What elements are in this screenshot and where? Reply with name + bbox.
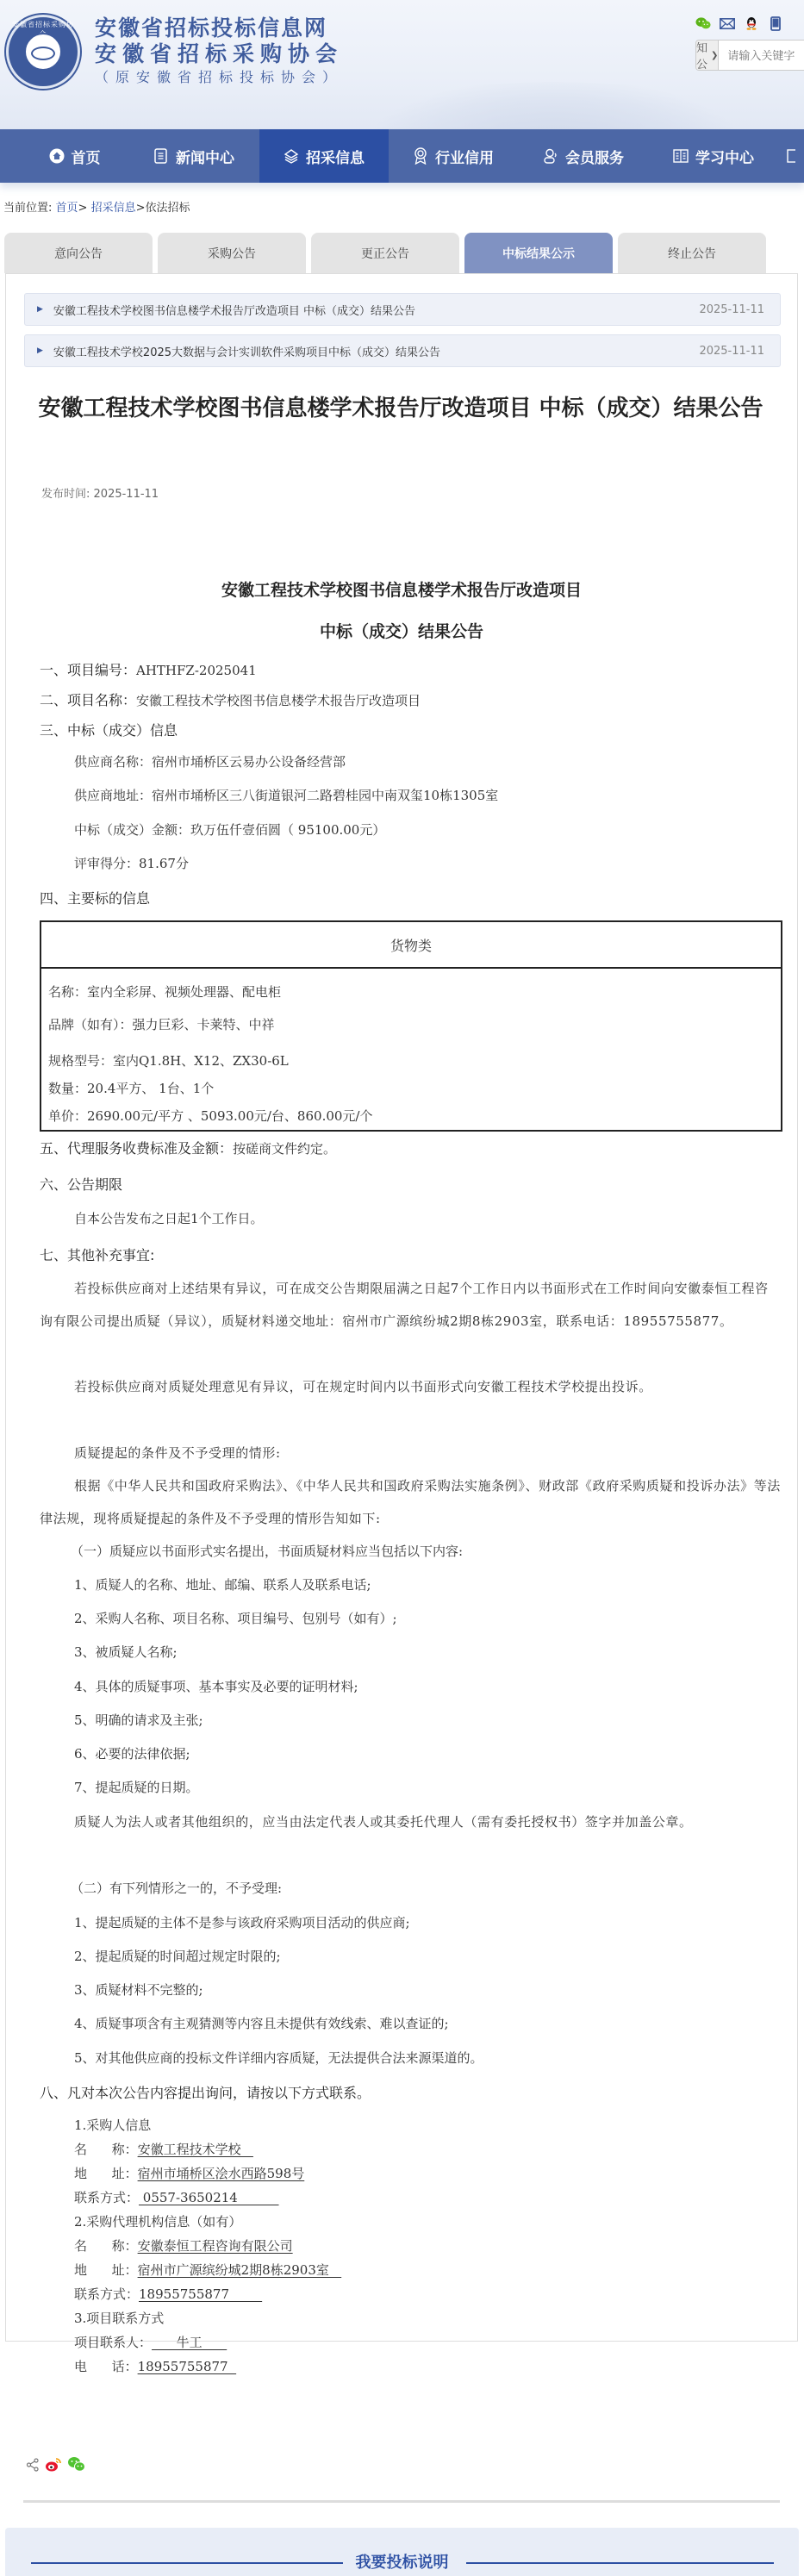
related-notice-item[interactable]: ▶ 安徽工程技术学校图书信息楼学术报告厅改造项目 中标（成交）结果公告 2025… xyxy=(24,293,781,326)
publish-time: 发布时间: 2025-11-11 xyxy=(41,484,159,501)
requirement-item: 3、被质疑人名称; xyxy=(74,1643,178,1661)
section-contact: 八、凡对本次公告内容提出询问，请按以下方式联系。 xyxy=(40,2082,371,2102)
field-label: 联系方式： xyxy=(74,2190,139,2205)
rejection-item: 2、提起质疑的时间超过规定时限的; xyxy=(74,1947,281,1965)
caret-right-icon: ▶ xyxy=(37,305,43,314)
field-label: 项目联系人： xyxy=(74,2335,152,2350)
nav-item-home[interactable]: 首页 xyxy=(21,129,128,183)
agency-name: 安徽泰恒工程咨询有限公司 xyxy=(138,2238,293,2254)
section-notice-period: 六、公告期限 xyxy=(40,1174,122,1194)
weibo-icon[interactable] xyxy=(45,2457,62,2476)
nav-item-label: 会员服务 xyxy=(565,146,624,167)
section-main-items: 四、主要标的信息 xyxy=(40,888,150,908)
tab-award-result[interactable]: 中标结果公示 xyxy=(464,233,613,273)
agency-fee: 按磋商文件约定。 xyxy=(233,1141,336,1157)
field-label: 电 话： xyxy=(74,2359,138,2374)
bidding-explanation-section: 我要投标说明 xyxy=(5,2528,799,2576)
tab-termination-notice[interactable]: 终止公告 xyxy=(618,233,766,273)
requirement-item: 5、明确的请求及主张; xyxy=(74,1711,203,1729)
related-notice-title: 安徽工程技术学校2025大数据与会计实训软件采购项目中标（成交）结果公告 xyxy=(53,343,700,359)
contact-icons xyxy=(695,16,783,31)
rejection-item: 1、提起质疑的主体不是参与该政府采购项目活动的供应商; xyxy=(74,1913,410,1931)
goods-table-header: 货物类 xyxy=(41,922,781,969)
section-label: 一、项目编号： xyxy=(40,662,136,678)
agency-address-row: 地 址：宿州市广源缤纷城2期8栋2903室 xyxy=(74,2261,341,2279)
field-label: 地 址： xyxy=(74,2166,138,2181)
document-icon xyxy=(153,148,169,164)
project-person-row: 项目联系人： 牛工 xyxy=(74,2333,227,2351)
nav-item-member[interactable]: 会员服务 xyxy=(518,129,649,183)
association-logo[interactable]: 安徽省招标采购协会 xyxy=(6,15,80,89)
goods-name: 名称：室内全彩屏、视频处理器、配电柜 xyxy=(48,982,281,1001)
breadcrumb: 当前位置: 首页> 招采信息>依法招标 xyxy=(3,198,190,215)
agency-phone-row: 联系方式：18955755877 xyxy=(74,2285,262,2303)
field-label: 名 称： xyxy=(74,2142,138,2157)
bidding-explanation-title: 我要投标说明 xyxy=(5,2550,799,2573)
mountain-background xyxy=(373,82,735,129)
related-notice-item[interactable]: ▶ 安徽工程技术学校2025大数据与会计实训软件采购项目中标（成交）结果公告 2… xyxy=(24,334,781,367)
logo-emblem xyxy=(24,33,62,71)
medal-icon xyxy=(413,148,428,164)
body-heading-1: 安徽工程技术学校图书信息楼学术报告厅改造项目 xyxy=(40,577,763,601)
requirement-item: 1、质疑人的名称、地址、邮编、联系人及联系电话; xyxy=(74,1575,371,1594)
related-notice-date: 2025-11-11 xyxy=(699,345,764,358)
site-title: 安徽省招标投标信息网 安徽省招标采购协会 （原安徽省招标投标协会） xyxy=(95,16,343,88)
book-icon xyxy=(673,148,689,164)
project-phone: 18955755877 xyxy=(138,2359,237,2374)
purchaser-address-row: 地 址：宿州市埇桥区浍水西路598号 xyxy=(74,2164,304,2182)
field-label: 名 称： xyxy=(74,2238,138,2254)
project-contact-person: 牛工 xyxy=(152,2335,227,2350)
related-notice-title: 安徽工程技术学校图书信息楼学术报告厅改造项目 中标（成交）结果公告 xyxy=(53,302,700,318)
search-input[interactable] xyxy=(719,41,804,70)
article-title: 安徽工程技术学校图书信息楼学术报告厅改造项目 中标（成交）结果公告 xyxy=(26,391,776,426)
requirement-item: 6、必要的法律依据; xyxy=(74,1744,190,1762)
rejection-item: 3、质疑材料不完整的; xyxy=(74,1980,203,1999)
breadcrumb-current: 依法招标 xyxy=(146,202,190,215)
supplier-name: 供应商名称：宿州市埇桥区云易办公设备经营部 xyxy=(74,752,346,770)
goods-quantity: 数量：20.4平方、 1台、1个 xyxy=(48,1079,214,1097)
goods-unit-price: 单价：2690.00元/平方 、5093.00元/台、860.00元/个 xyxy=(48,1107,372,1125)
goods-table: 货物类 名称：室内全彩屏、视频处理器、配电柜 品牌（如有）：强力巨彩、卡莱特、中… xyxy=(40,920,782,1132)
notice-period: 自本公告发布之日起1个工作日。 xyxy=(74,1209,264,1227)
requirement-item: 4、具体的质疑事项、基本事实及必要的证明材料; xyxy=(74,1677,358,1695)
purchaser-phone-row: 联系方式： 0557-3650214 xyxy=(74,2188,279,2206)
nav-item-learning[interactable]: 学习中心 xyxy=(649,129,778,183)
project-contact-title: 3.项目联系方式 xyxy=(74,2309,164,2327)
body-heading-2: 中标（成交）结果公告 xyxy=(40,619,763,642)
site-header: 安徽省招标采购协会 安徽省招标投标信息网 安徽省招标采购协会 （原安徽省招标投标… xyxy=(0,0,804,129)
agency-info-title: 2.采购代理机构信息（如有） xyxy=(74,2212,241,2230)
publish-time-value: 2025-11-11 xyxy=(94,488,159,501)
supplier-address: 供应商地址：宿州市埇桥区三八街道银河二路碧桂园中南双玺10栋1305室 xyxy=(74,786,498,804)
book-icon xyxy=(783,148,799,164)
mobile-icon[interactable] xyxy=(768,16,783,31)
purchaser-phone: 0557-3650214 xyxy=(139,2190,279,2205)
nav-item-label: 行业信用 xyxy=(435,146,494,167)
objection-conditions-title: 质疑提起的条件及不予受理的情形: xyxy=(40,1437,781,1469)
complaint-paragraph: 若投标供应商对质疑处理意见有异议，可在规定时间内以书面形式向安徽工程技术学校提出… xyxy=(40,1370,781,1403)
tab-procurement-notice[interactable]: 采购公告 xyxy=(158,233,306,273)
chevron-down-icon: ❯ xyxy=(711,51,718,60)
notice-tabs: 意向公告 采购公告 更正公告 中标结果公示 终止公告 xyxy=(4,233,766,273)
legal-basis-paragraph: 根据《中华人民共和国政府采购法》、《中华人民共和国政府采购法实施条例》、财政部《… xyxy=(40,1469,781,1535)
layers-icon xyxy=(284,148,299,164)
tab-correction-notice[interactable]: 更正公告 xyxy=(311,233,459,273)
objection-paragraph: 若投标供应商对上述结果有异议，可在成交公告期限届满之日起7个工作日内以书面形式在… xyxy=(40,1272,781,1338)
rejection-item: 4、质疑事项含有主观猜测等内容且未提供有效线索、难以查证的; xyxy=(74,2014,449,2032)
nav-item-news[interactable]: 新闻中心 xyxy=(128,129,259,183)
content-divider xyxy=(23,2500,780,2503)
objection-requirements-title: （一）质疑应以书面形式实名提出，书面质疑材料应当包括以下内容: xyxy=(71,1542,463,1560)
search-category-value: 通知公告 xyxy=(696,40,707,71)
goods-spec: 规格型号：室内Q1.8H、X12、ZX30-6L xyxy=(48,1051,289,1070)
goods-brand: 品牌（如有）：强力巨彩、卡莱特、中祥 xyxy=(48,1015,275,1033)
agency-name-row: 名 称：安徽泰恒工程咨询有限公司 xyxy=(74,2236,293,2255)
wechat-icon[interactable] xyxy=(67,2456,86,2477)
project-name: 安徽工程技术学校图书信息楼学术报告厅改造项目 xyxy=(136,693,421,708)
field-label: 联系方式： xyxy=(74,2286,139,2302)
site-title-line2: 安徽省招标采购协会 xyxy=(95,41,343,67)
site-title-line1: 安徽省招标投标信息网 xyxy=(95,16,343,41)
section-project-number: 一、项目编号：AHTHFZ-2025041 xyxy=(40,659,257,679)
nav-item-overflow[interactable] xyxy=(778,129,804,183)
section-project-name: 二、项目名称：安徽工程技术学校图书信息楼学术报告厅改造项目 xyxy=(40,689,421,709)
signature-paragraph: 质疑人为法人或者其他组织的，应当由法定代表人或其委托代理人（需有委托授权书）签字… xyxy=(40,1806,781,1838)
caret-right-icon: ▶ xyxy=(37,346,43,355)
breadcrumb-prefix: 当前位置: xyxy=(3,202,52,215)
project-phone-row: 电 话：18955755877 xyxy=(74,2357,236,2375)
nav-item-label: 新闻中心 xyxy=(176,146,234,167)
wechat-icon[interactable] xyxy=(695,16,711,31)
section-label: 五、代理服务收费标准及金额： xyxy=(40,1140,233,1157)
nav-item-credit[interactable]: 行业信用 xyxy=(389,129,518,183)
section-agency-fee: 五、代理服务收费标准及金额：按磋商文件约定。 xyxy=(40,1138,336,1157)
logo-eye-shape xyxy=(31,47,55,60)
search-box: 通知公告 ❯ xyxy=(695,40,804,71)
decorative-line xyxy=(466,2562,774,2564)
purchaser-info-title: 1.采购人信息 xyxy=(74,2116,151,2134)
requirement-item: 2、采购人名称、项目名称、项目编号、包别号（如有）; xyxy=(74,1609,397,1627)
breadcrumb-home[interactable]: 首页 xyxy=(56,202,78,215)
main-nav: 首页 新闻中心 招采信息 行业信用 会员服务 学习中心 xyxy=(0,129,804,183)
agency-phone: 18955755877 xyxy=(139,2286,262,2302)
breadcrumb-separator: > xyxy=(136,202,146,215)
related-notice-date: 2025-11-11 xyxy=(699,303,764,316)
breadcrumb-separator: > xyxy=(78,202,91,215)
publish-time-label: 发布时间: xyxy=(41,488,90,501)
user-icon xyxy=(543,148,558,164)
purchaser-name: 安徽工程技术学校 xyxy=(138,2142,253,2157)
home-icon xyxy=(49,148,65,164)
award-amount: 中标（成交）金额：玖万伍仟壹佰圆（ 95100.00元） xyxy=(74,820,385,839)
nav-item-label: 招采信息 xyxy=(306,146,365,167)
site-title-line3: （原安徽省招标投标协会） xyxy=(95,67,343,88)
section-other-matters: 七、其他补充事宜: xyxy=(40,1244,154,1264)
share-icon[interactable] xyxy=(26,2458,40,2475)
requirement-item: 7、提起质疑的日期。 xyxy=(74,1778,199,1796)
review-score: 评审得分：81.67分 xyxy=(74,854,189,872)
nav-item-label: 首页 xyxy=(72,146,101,167)
qq-icon[interactable] xyxy=(744,16,759,31)
mail-icon[interactable] xyxy=(720,16,735,31)
rejection-item: 5、对其他供应商的投标文件详细内容质疑，无法提供合法来源渠道的。 xyxy=(74,2049,483,2067)
field-label: 地 址： xyxy=(74,2262,138,2278)
purchaser-address: 宿州市埇桥区浍水西路598号 xyxy=(138,2166,305,2181)
breadcrumb-bidding-info[interactable]: 招采信息 xyxy=(91,202,136,215)
search-category-select[interactable]: 通知公告 ❯ xyxy=(696,41,719,70)
purchaser-name-row: 名 称：安徽工程技术学校 xyxy=(74,2140,253,2158)
section-award-info: 三、中标（成交）信息 xyxy=(40,720,178,739)
section-label: 二、项目名称： xyxy=(40,692,136,708)
rejection-title: （二）有下列情形之一的，不予受理: xyxy=(71,1879,282,1897)
share-bar xyxy=(26,2456,86,2477)
project-number: AHTHFZ-2025041 xyxy=(136,663,257,678)
agency-address: 宿州市广源缤纷城2期8栋2903室 xyxy=(138,2262,342,2278)
nav-item-bidding-info[interactable]: 招采信息 xyxy=(259,129,389,183)
tab-intention-notice[interactable]: 意向公告 xyxy=(4,233,153,273)
nav-item-label: 学习中心 xyxy=(695,146,754,167)
